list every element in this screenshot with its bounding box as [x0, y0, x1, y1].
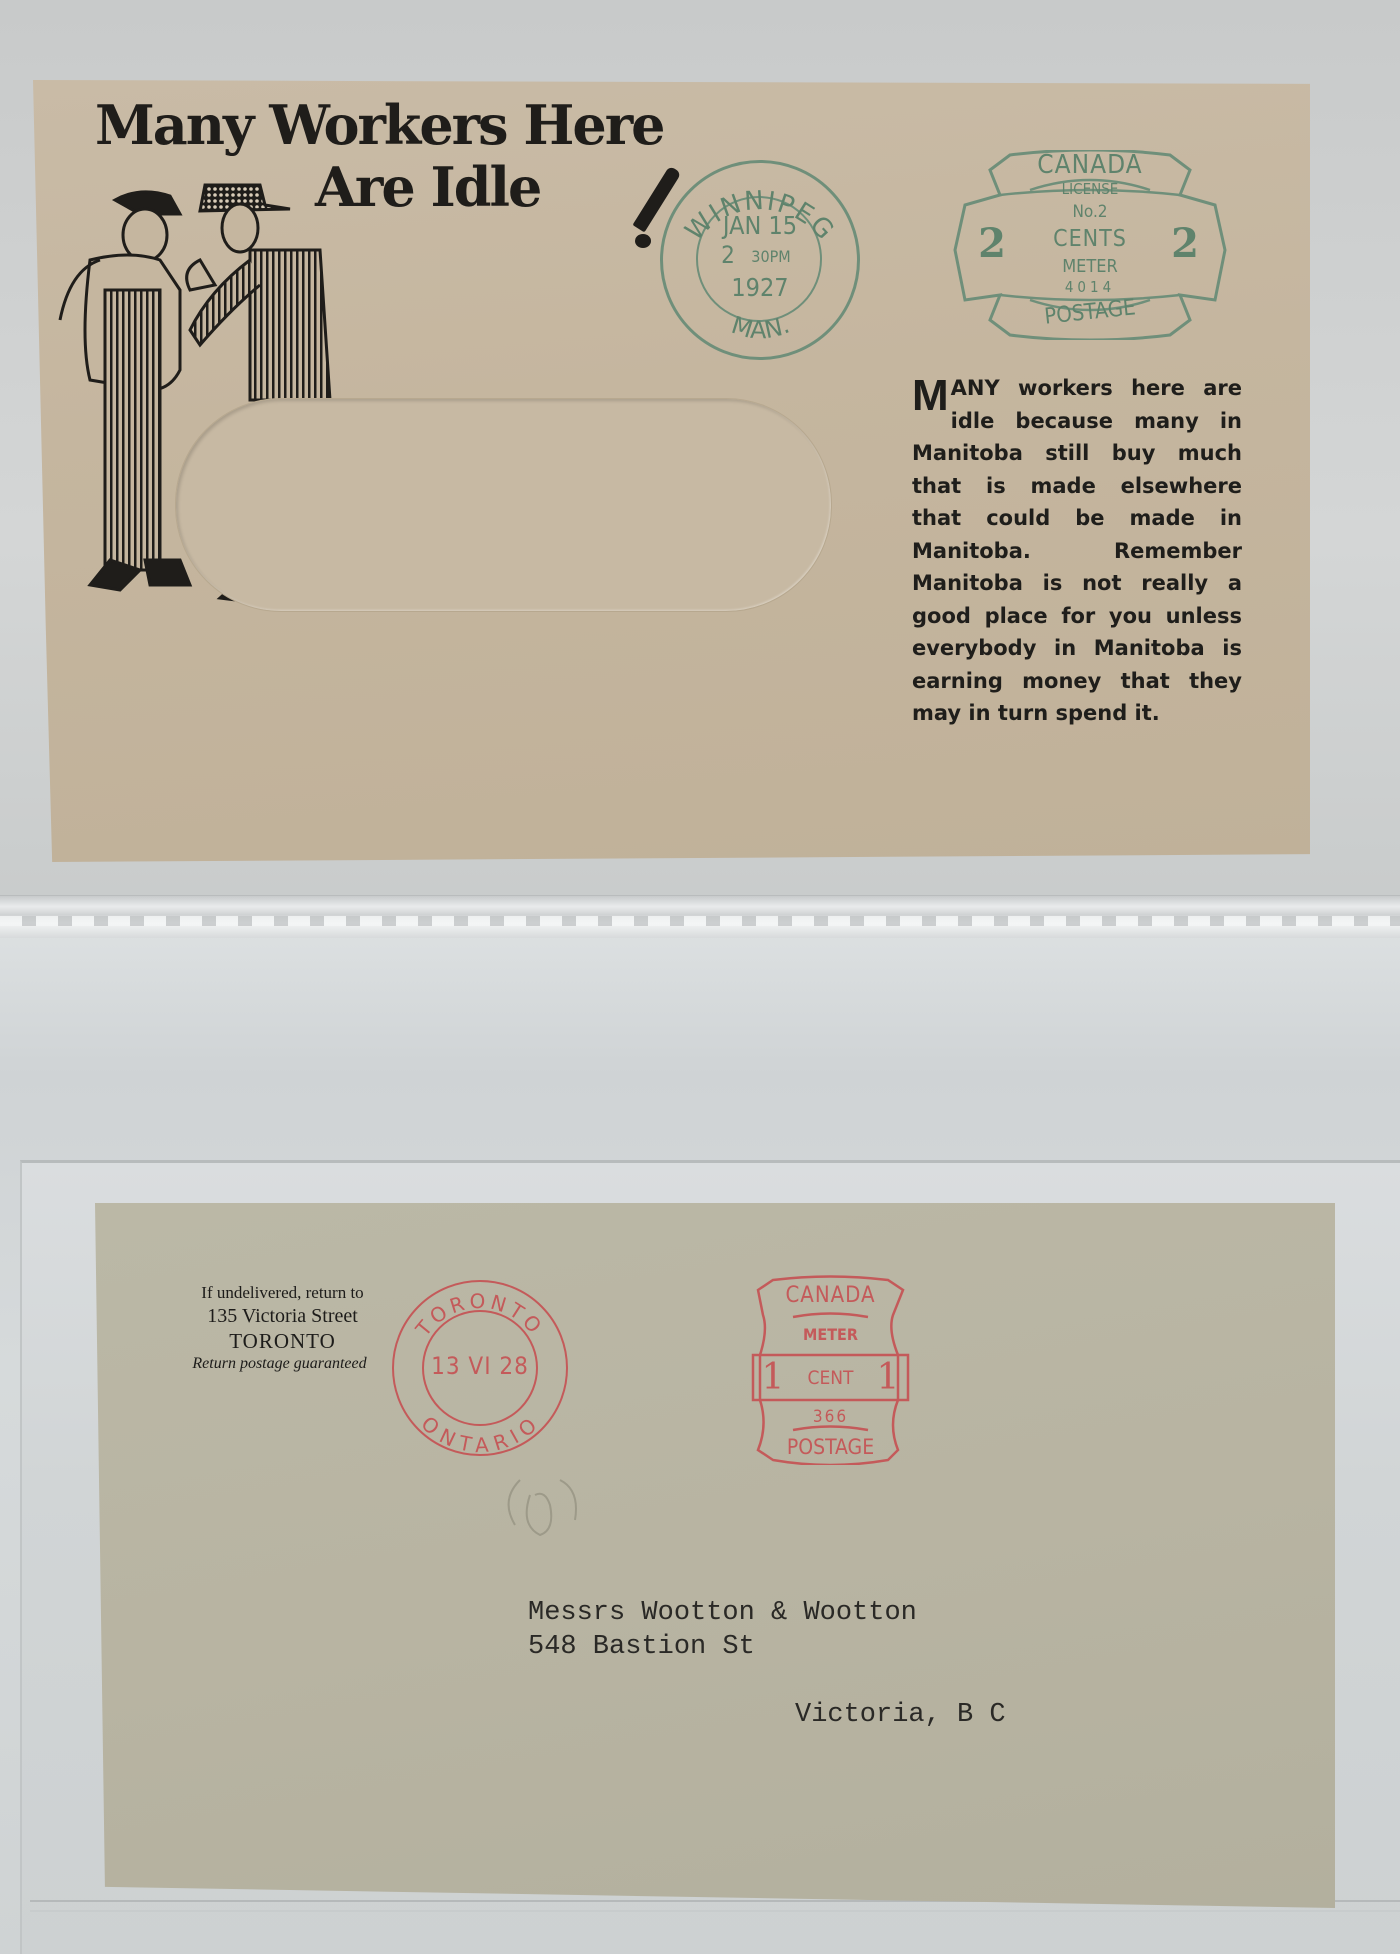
svg-text:MAN.: MAN.: [728, 311, 793, 344]
meter-license-number: No.2: [1030, 202, 1150, 222]
sleeve-perforations: [0, 916, 1400, 926]
meter-number: 366: [788, 1407, 873, 1427]
postmark-date: JAN 15: [705, 211, 815, 240]
winnipeg-postmark: WINNIPEG MAN. JAN 15 2 30PM 1927: [660, 160, 860, 360]
meter-value-right: 1: [873, 1357, 903, 1398]
headline-line-2: Are Idle: [315, 160, 664, 214]
postmark-date: 13 VI 28: [414, 1352, 546, 1380]
meter-value-left: 1: [758, 1357, 788, 1398]
addressee-line-3: Victoria, B C: [795, 1700, 1006, 1730]
canada-1-cent-meter-stamp: CANADA METER 1 1 CENT 366 POSTAGE: [748, 1275, 913, 1465]
return-address-line-1: If undelivered, return to: [160, 1282, 405, 1304]
cover-1-ad-text: MANY workers here are idle because many …: [912, 372, 1242, 730]
headline-line-1: Many Workers Here: [95, 98, 664, 152]
toronto-postmark: TORONTO ONTARIO 13 VI 28: [392, 1280, 568, 1456]
return-address-line-3: TORONTO: [160, 1329, 405, 1353]
meter-country: CANADA: [768, 1283, 893, 1308]
addressee-line-1: Messrs Wootton & Wootton: [528, 1598, 917, 1628]
drop-cap: M: [912, 376, 949, 416]
return-address: If undelivered, return to 135 Victoria S…: [160, 1282, 405, 1375]
pencil-annotation-icon: [490, 1470, 620, 1560]
exclamation-dot-icon: [635, 234, 651, 248]
envelope-address-window: [175, 398, 832, 612]
meter-label: METER: [1025, 256, 1155, 277]
meter-number: 4014: [1025, 278, 1155, 296]
meter-label: METER: [778, 1325, 883, 1344]
return-address-line-4: Return postage guaranteed: [154, 1353, 405, 1375]
meter-license-label: LICENSE: [1030, 180, 1150, 198]
return-address-line-2: 135 Victoria Street: [160, 1304, 405, 1329]
ad-text-first-word: ANY: [951, 376, 1000, 400]
svg-text:ONTARIO: ONTARIO: [417, 1411, 544, 1454]
addressee-line-2: 548 Bastion St: [528, 1632, 755, 1662]
meter-postage-label: POSTAGE: [763, 1435, 898, 1459]
postmark-province: MAN.: [728, 311, 793, 344]
meter-denomination: CENT: [788, 1367, 873, 1389]
meter-value-right: 2: [1165, 220, 1205, 267]
meter-denomination: CENTS: [1025, 226, 1155, 252]
postmark-hour: 2: [713, 241, 743, 269]
postmark-province: ONTARIO: [417, 1411, 544, 1454]
ad-text-body: workers here are idle because many in Ma…: [912, 376, 1242, 725]
postmark-time: 30PM: [741, 247, 801, 266]
meter-value-left: 2: [972, 220, 1012, 267]
svg-text:TORONTO: TORONTO: [410, 1289, 549, 1341]
canada-2-cents-meter-stamp: CANADA LICENSE No.2 2 2 CENTS METER 4014…: [950, 150, 1230, 340]
postmark-year: 1927: [705, 273, 815, 302]
meter-country: CANADA: [1020, 150, 1160, 180]
postmark-city: TORONTO: [410, 1289, 549, 1341]
